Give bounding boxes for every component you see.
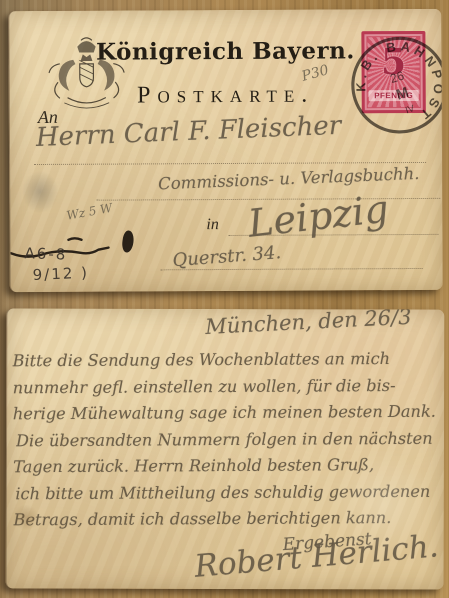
message-line: Bitte die Sendung des Wochenblattes an m…: [12, 346, 437, 375]
postmark-numeral: IV: [404, 103, 416, 116]
message-dateline: München, den 26/3: [205, 308, 412, 339]
pencil-note-watermark: Wz 5 W: [65, 201, 113, 223]
pencil-code-bottom: 9/12 ): [32, 264, 89, 284]
postcard-back: München, den 26/3 Bitte die Sendung des …: [6, 308, 445, 589]
message-line: Tagen zurück. Herrn Reinhold besten Gruß…: [13, 452, 438, 481]
address-city: Leipzig: [246, 187, 391, 246]
message-line: nunmehr gefl. einstellen zu wollen, für …: [13, 372, 438, 401]
postmark-date: 26: [388, 68, 406, 86]
address-in-label: in: [206, 216, 219, 234]
postcard-front: Königreich Bayern. Postkarte. P30 5 PFEN…: [8, 9, 442, 292]
stain: [20, 169, 60, 215]
message-line: Betrags, damit ich dasselbe berichtigen …: [13, 505, 438, 534]
pencil-code-top: A6-8: [24, 244, 67, 263]
wooden-table-background: Königreich Bayern. Postkarte. P30 5 PFEN…: [0, 0, 449, 598]
address-recipient: Herrn Carl F. Fleischer: [35, 111, 341, 153]
address-dotted-line: [34, 161, 426, 165]
postmark-office-letter: M: [394, 85, 411, 104]
message-line: Die übersandten Nummern folgen in den nä…: [16, 425, 438, 454]
ink-blot: [121, 230, 135, 253]
message-line: herige Mühewaltung sage ich meinen beste…: [13, 399, 438, 428]
message-body: Bitte die Sendung des Wochenblattes an m…: [12, 346, 438, 534]
message-line: ich bitte um Mittheilung des schuldig ge…: [15, 478, 438, 507]
